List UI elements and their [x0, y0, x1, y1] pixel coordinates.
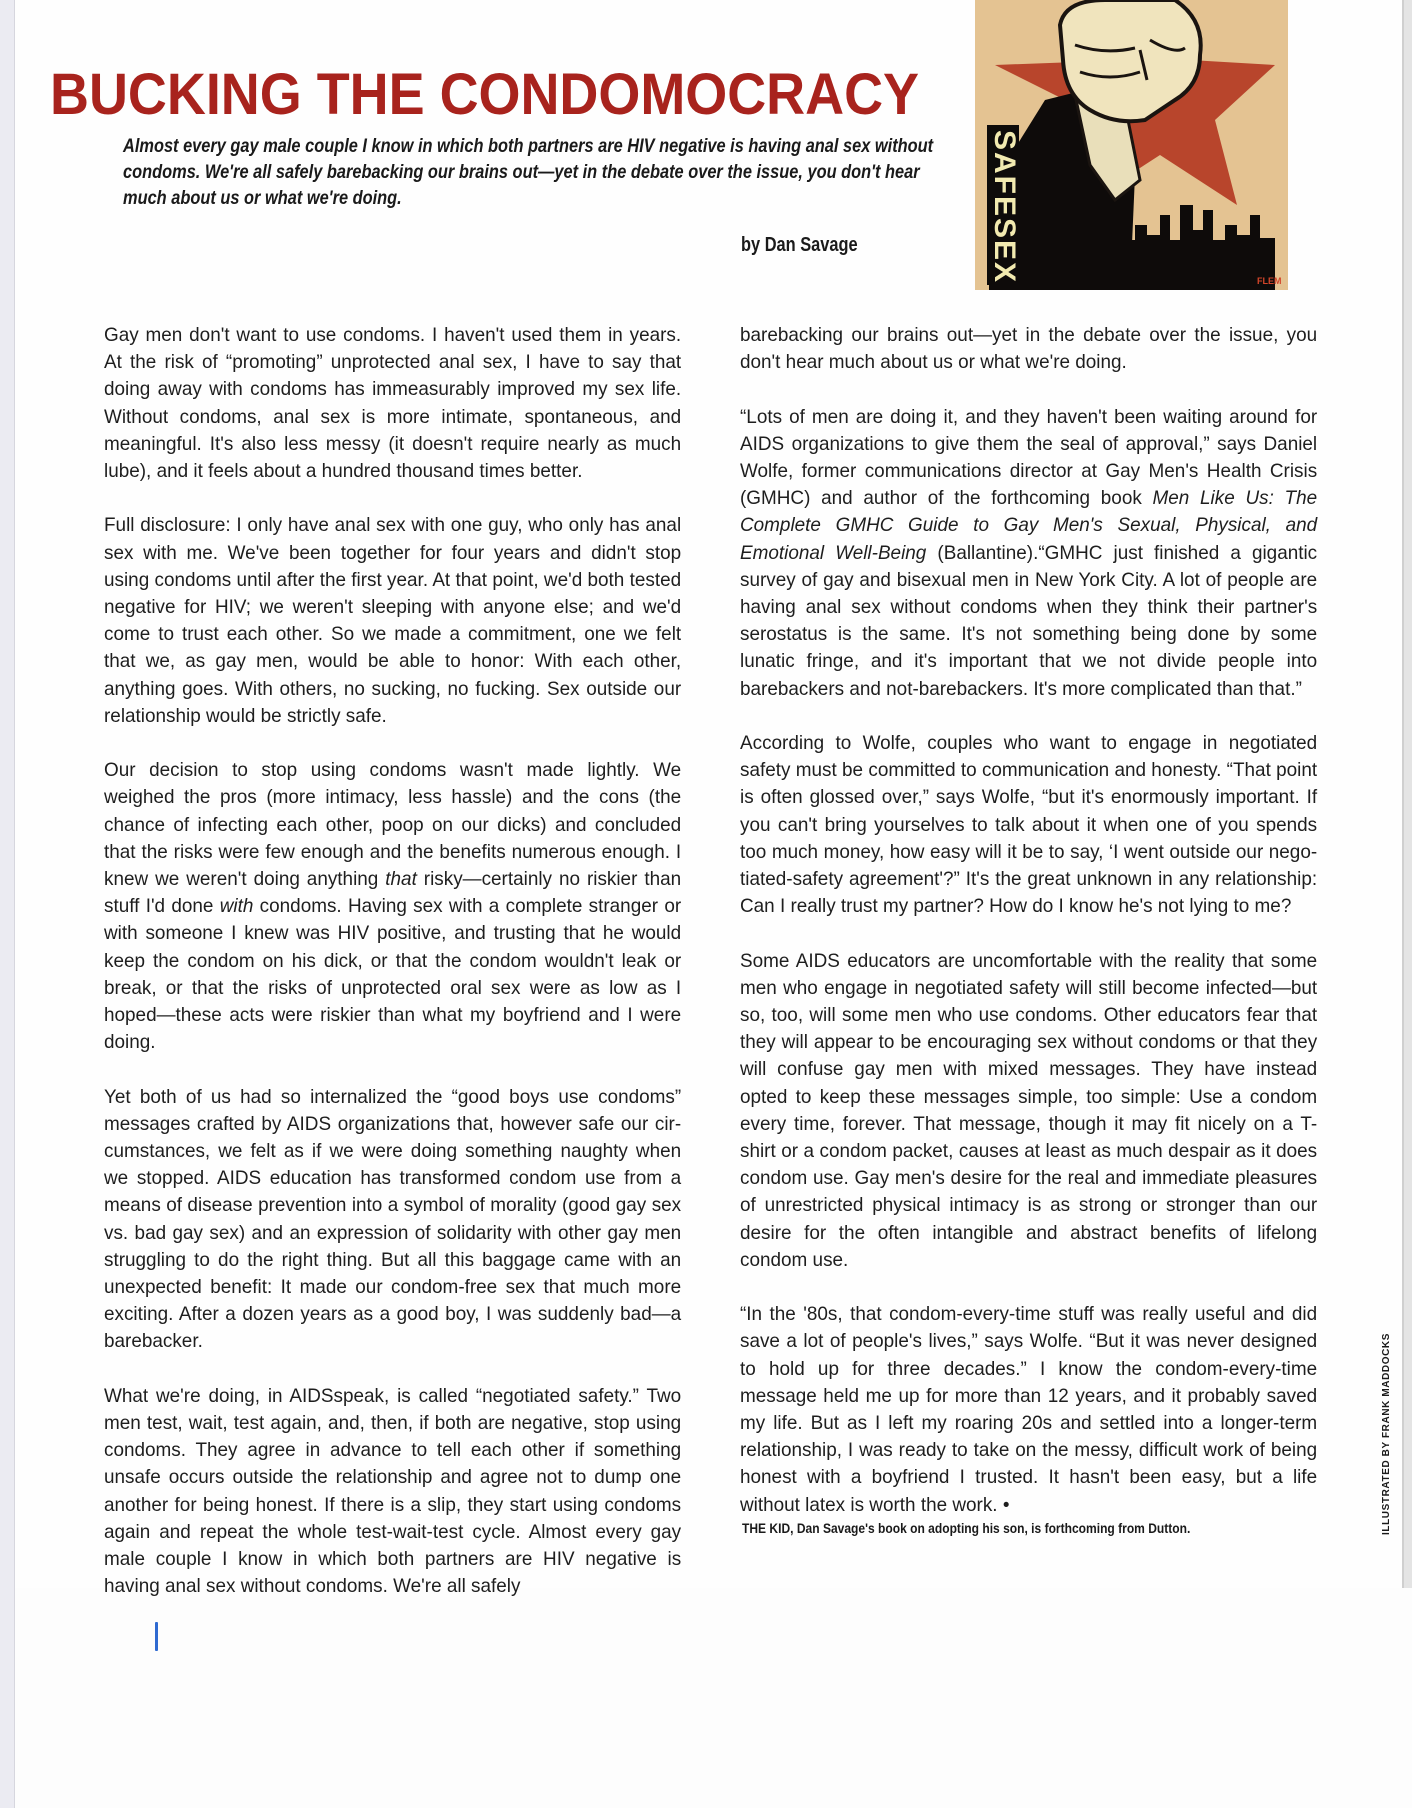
byline: by Dan Savage — [741, 232, 858, 258]
paragraph: Yet both of us had so internalized the “… — [104, 1084, 681, 1356]
paragraph: Our decision to stop using condoms wasn'… — [104, 757, 681, 1056]
paragraph: Full disclosure: I only have anal sex wi… — [104, 512, 681, 730]
paragraph: barebacking our brains out—yet in the de… — [740, 322, 1317, 376]
left-page-gutter — [0, 0, 15, 1808]
paragraph: What we're doing, in AIDSspeak, is calle… — [104, 1383, 681, 1601]
author-note: THE KID, Dan Savage's book on adopting h… — [742, 1519, 1190, 1537]
raised-fist-illustration: SAFESEX FLEM — [975, 0, 1288, 290]
illustration-vertical-text: SAFESEX — [988, 130, 1021, 284]
paragraph: Gay men don't want to use condoms. I hav… — [104, 322, 681, 485]
raised-fist-icon: SAFESEX FLEM — [975, 0, 1288, 290]
emphasis: that — [385, 868, 417, 890]
emphasis: with — [220, 895, 254, 917]
paragraph: “Lots of men are doing it, and they have… — [740, 404, 1317, 703]
right-page-edge — [1402, 0, 1412, 1588]
body-column-left: Gay men don't want to use condoms. I hav… — [104, 322, 699, 1628]
text-cursor-icon — [155, 1622, 158, 1651]
paragraph: According to Wolfe, couples who want to … — [740, 730, 1317, 920]
paragraph: “In the '80s, that condom-every-time stu… — [740, 1301, 1317, 1519]
article-title: BUCKING THE CONDOMOCRACY — [50, 60, 919, 130]
paragraph: Some AIDS educators are uncomfortable wi… — [740, 948, 1317, 1274]
illustration-credit: ILLUSTRATED BY FRANK MADDOCKS — [1381, 1333, 1392, 1535]
body-column-right: barebacking our brains out—yet in the de… — [740, 322, 1335, 1546]
article-dek: Almost every gay male couple I know in w… — [123, 133, 942, 211]
illustration-signature: FLEM — [1257, 276, 1282, 286]
